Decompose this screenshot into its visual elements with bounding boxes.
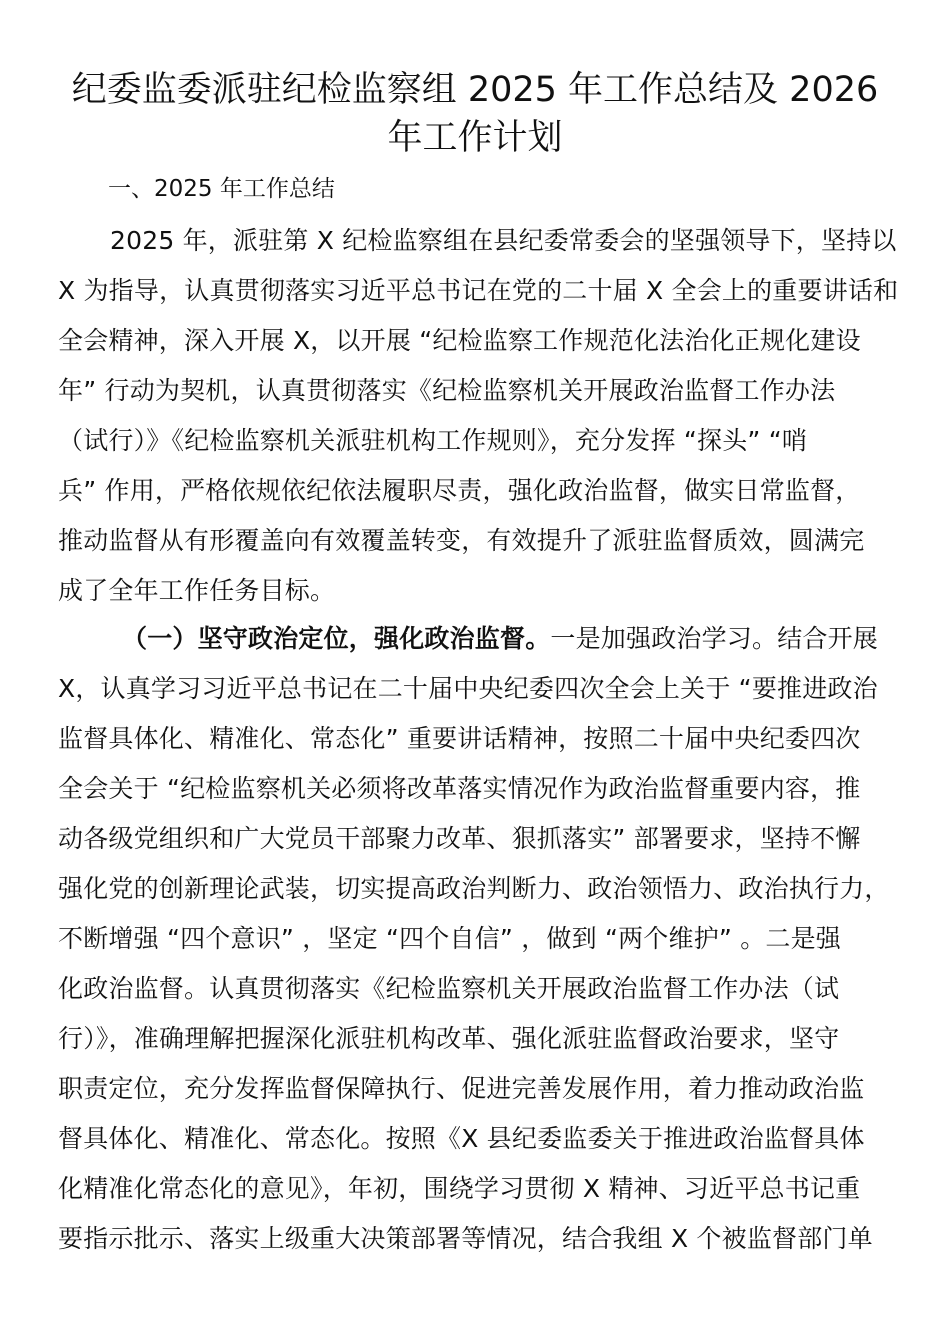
text-line: 动各级党组织和广大党员干部聚力改革、狠抓落实” 部署要求，坚持不懈	[58, 819, 898, 869]
text-line: 职责定位，充分发挥监督保障执行、促进完善发展作用，着力推动政治监	[58, 1069, 898, 1119]
text-line: 行）》，准确理解把握深化派驻机构改革、强化派驻监督政治要求，坚守	[58, 1019, 898, 1069]
text-line: 化政治监督。认真贯彻落实《纪检监察机关开展政治监督工作办法（试	[58, 969, 898, 1019]
title-line-2: 年工作计划	[40, 114, 910, 162]
text-line: 2025 年，派驻第 X 纪检监察组在县纪委常委会的坚强领导下，坚持以	[58, 221, 898, 271]
text-line: 年” 行动为契机，认真贯彻落实《纪检监察机关开展政治监督工作办法	[58, 371, 898, 421]
paragraph-summary: 2025 年，派驻第 X 纪检监察组在县纪委常委会的坚强领导下，坚持以 X 为指…	[58, 221, 898, 621]
text-line: 全会精神，深入开展 X，以开展 “纪检监察工作规范化法治化正规化建设	[58, 321, 898, 371]
subsection-heading: （一）坚守政治定位，强化政治监督。	[122, 624, 550, 653]
section-heading: 一、2025 年工作总结	[108, 172, 335, 206]
text-line: X 为指导，认真贯彻落实习近平总书记在党的二十届 X 全会上的重要讲话和	[58, 271, 898, 321]
text-line: 监督具体化、精准化、常态化” 重要讲话精神，按照二十届中央纪委四次	[58, 719, 898, 769]
text-line: X，认真学习习近平总书记在二十届中央纪委四次全会上关于 “要推进政治	[58, 669, 898, 719]
text-line: 化精准化常态化的意见》，年初，围绕学习贯彻 X 精神、习近平总书记重	[58, 1169, 898, 1219]
text-line: 推动监督从有形覆盖向有效覆盖转变，有效提升了派驻监督质效，圆满完	[58, 521, 898, 571]
text-line: 督具体化、精准化、常态化。按照《X 县纪委监委关于推进政治监督具体	[58, 1119, 898, 1169]
text-line: 要指示批示、落实上级重大决策部署等情况，结合我组 X 个被监督部门单	[58, 1219, 898, 1269]
text-line: 兵” 作用，严格依规依纪依法履职尽责，强化政治监督，做实日常监督，	[58, 471, 898, 521]
text-run: 一是加强政治学习。结合开展	[550, 624, 878, 653]
title-line-1: 纪委监委派驻纪检监察组 2025 年工作总结及 2026	[40, 66, 910, 114]
text-line-first: （一）坚守政治定位，强化政治监督。一是加强政治学习。结合开展	[58, 619, 898, 669]
text-line: 成了全年工作任务目标。	[58, 571, 898, 621]
text-line: （试行）》《纪检监察机关派驻机构工作规则》，充分发挥 “探头” “哨	[58, 421, 898, 471]
document-title: 纪委监委派驻纪检监察组 2025 年工作总结及 2026 年工作计划	[40, 66, 910, 162]
text-line: 不断增强 “四个意识” ，坚定 “四个自信” ，做到 “两个维护” 。二是强	[58, 919, 898, 969]
paragraph-political-supervision: （一）坚守政治定位，强化政治监督。一是加强政治学习。结合开展 X，认真学习习近平…	[58, 619, 898, 1269]
text-line: 强化党的创新理论武装，切实提高政治判断力、政治领悟力、政治执行力，	[58, 869, 898, 919]
text-line: 全会关于 “纪检监察机关必须将改革落实情况作为政治监督重要内容，推	[58, 769, 898, 819]
document-page: 纪委监委派驻纪检监察组 2025 年工作总结及 2026 年工作计划 一、202…	[0, 0, 950, 1344]
